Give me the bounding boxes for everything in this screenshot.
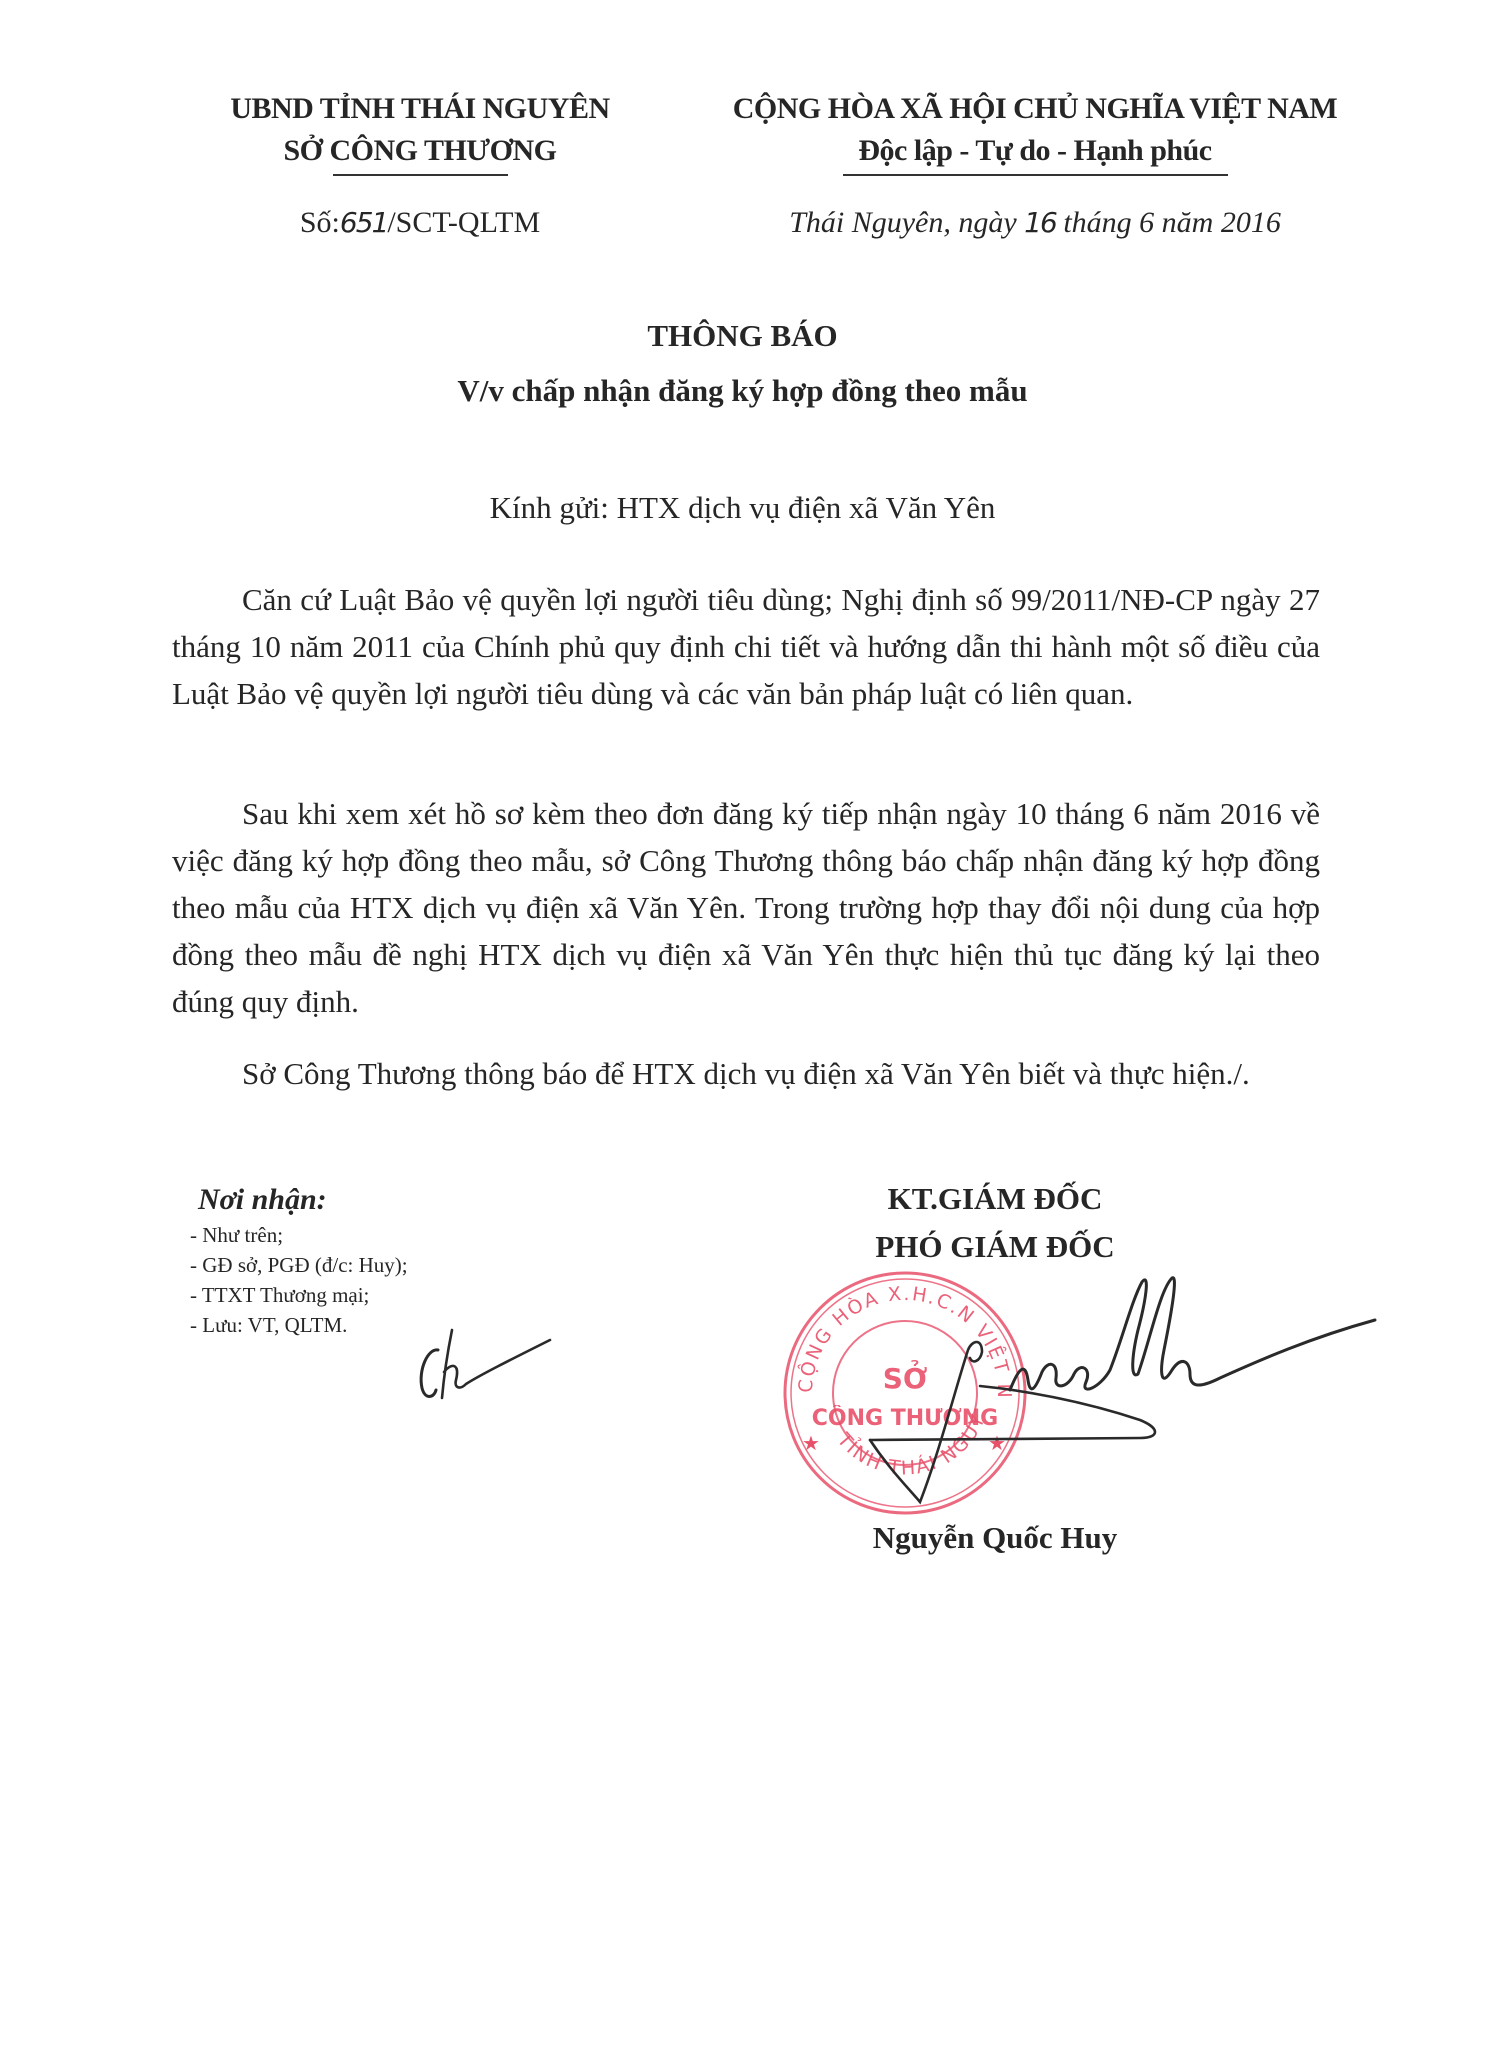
recipient-line: Kính gửi: HTX dịch vụ điện xã Văn Yên — [0, 490, 1485, 526]
recipient-item: - TTXT Thương mại; — [190, 1280, 408, 1310]
date-suffix: tháng 6 năm 2016 — [1056, 206, 1281, 239]
date-day-handwritten: 16 — [1024, 206, 1056, 239]
document-type: THÔNG BÁO — [0, 318, 1485, 354]
signer-name: Nguyễn Quốc Huy — [800, 1520, 1190, 1556]
reference-number-handwritten: 651 — [340, 206, 387, 239]
issuing-agency: UBND TỈNH THÁI NGUYÊN SỞ CÔNG THƯƠNG — [190, 88, 650, 176]
recipient-item: - Lưu: VT, QLTM. — [190, 1310, 408, 1340]
director-signature-icon — [860, 1270, 1380, 1530]
date-prefix: Thái Nguyên, ngày — [789, 206, 1024, 239]
nation-line-1: CỘNG HÒA XÃ HỘI CHỦ NGHĨA VIỆT NAM — [690, 88, 1380, 130]
signature-line-2: PHÓ GIÁM ĐỐC — [800, 1223, 1190, 1271]
recipients-list: - Như trên; - GĐ sở, PGĐ (đ/c: Huy); - T… — [190, 1220, 408, 1340]
body-paragraph-1: Căn cứ Luật Bảo vệ quyền lợi người tiêu … — [172, 576, 1320, 717]
document-subject: V/v chấp nhận đăng ký hợp đồng theo mẫu — [0, 373, 1485, 409]
national-header: CỘNG HÒA XÃ HỘI CHỦ NGHĨA VIỆT NAM Độc l… — [690, 88, 1380, 176]
recipient-item: - GĐ sở, PGĐ (đ/c: Huy); — [190, 1250, 408, 1280]
signature-title: KT.GIÁM ĐỐC PHÓ GIÁM ĐỐC — [800, 1175, 1190, 1271]
agency-line-2: SỞ CÔNG THƯƠNG — [190, 130, 650, 172]
svg-text:★: ★ — [802, 1433, 820, 1455]
reference-number: Số:651/SCT-QLTM — [190, 206, 650, 240]
recipients-title: Nơi nhận: — [198, 1180, 408, 1220]
recipient-item: - Như trên; — [190, 1220, 408, 1250]
nation-motto: Độc lập - Tự do - Hạnh phúc — [690, 130, 1380, 172]
motto-underline — [843, 174, 1228, 176]
body-paragraph-3: Sở Công Thương thông báo để HTX dịch vụ … — [172, 1050, 1320, 1097]
signature-line-1: KT.GIÁM ĐỐC — [800, 1175, 1190, 1223]
agency-underline — [333, 174, 508, 176]
reference-suffix: /SCT-QLTM — [387, 206, 540, 239]
place-date: Thái Nguyên, ngày 16 tháng 6 năm 2016 — [690, 206, 1380, 240]
recipients-block: Nơi nhận: - Như trên; - GĐ sở, PGĐ (đ/c:… — [190, 1180, 408, 1340]
body-paragraph-2: Sau khi xem xét hồ sơ kèm theo đơn đăng … — [172, 790, 1320, 1025]
agency-line-1: UBND TỈNH THÁI NGUYÊN — [190, 88, 650, 130]
reference-prefix: Số: — [300, 206, 340, 239]
initial-signature-icon — [400, 1320, 560, 1410]
